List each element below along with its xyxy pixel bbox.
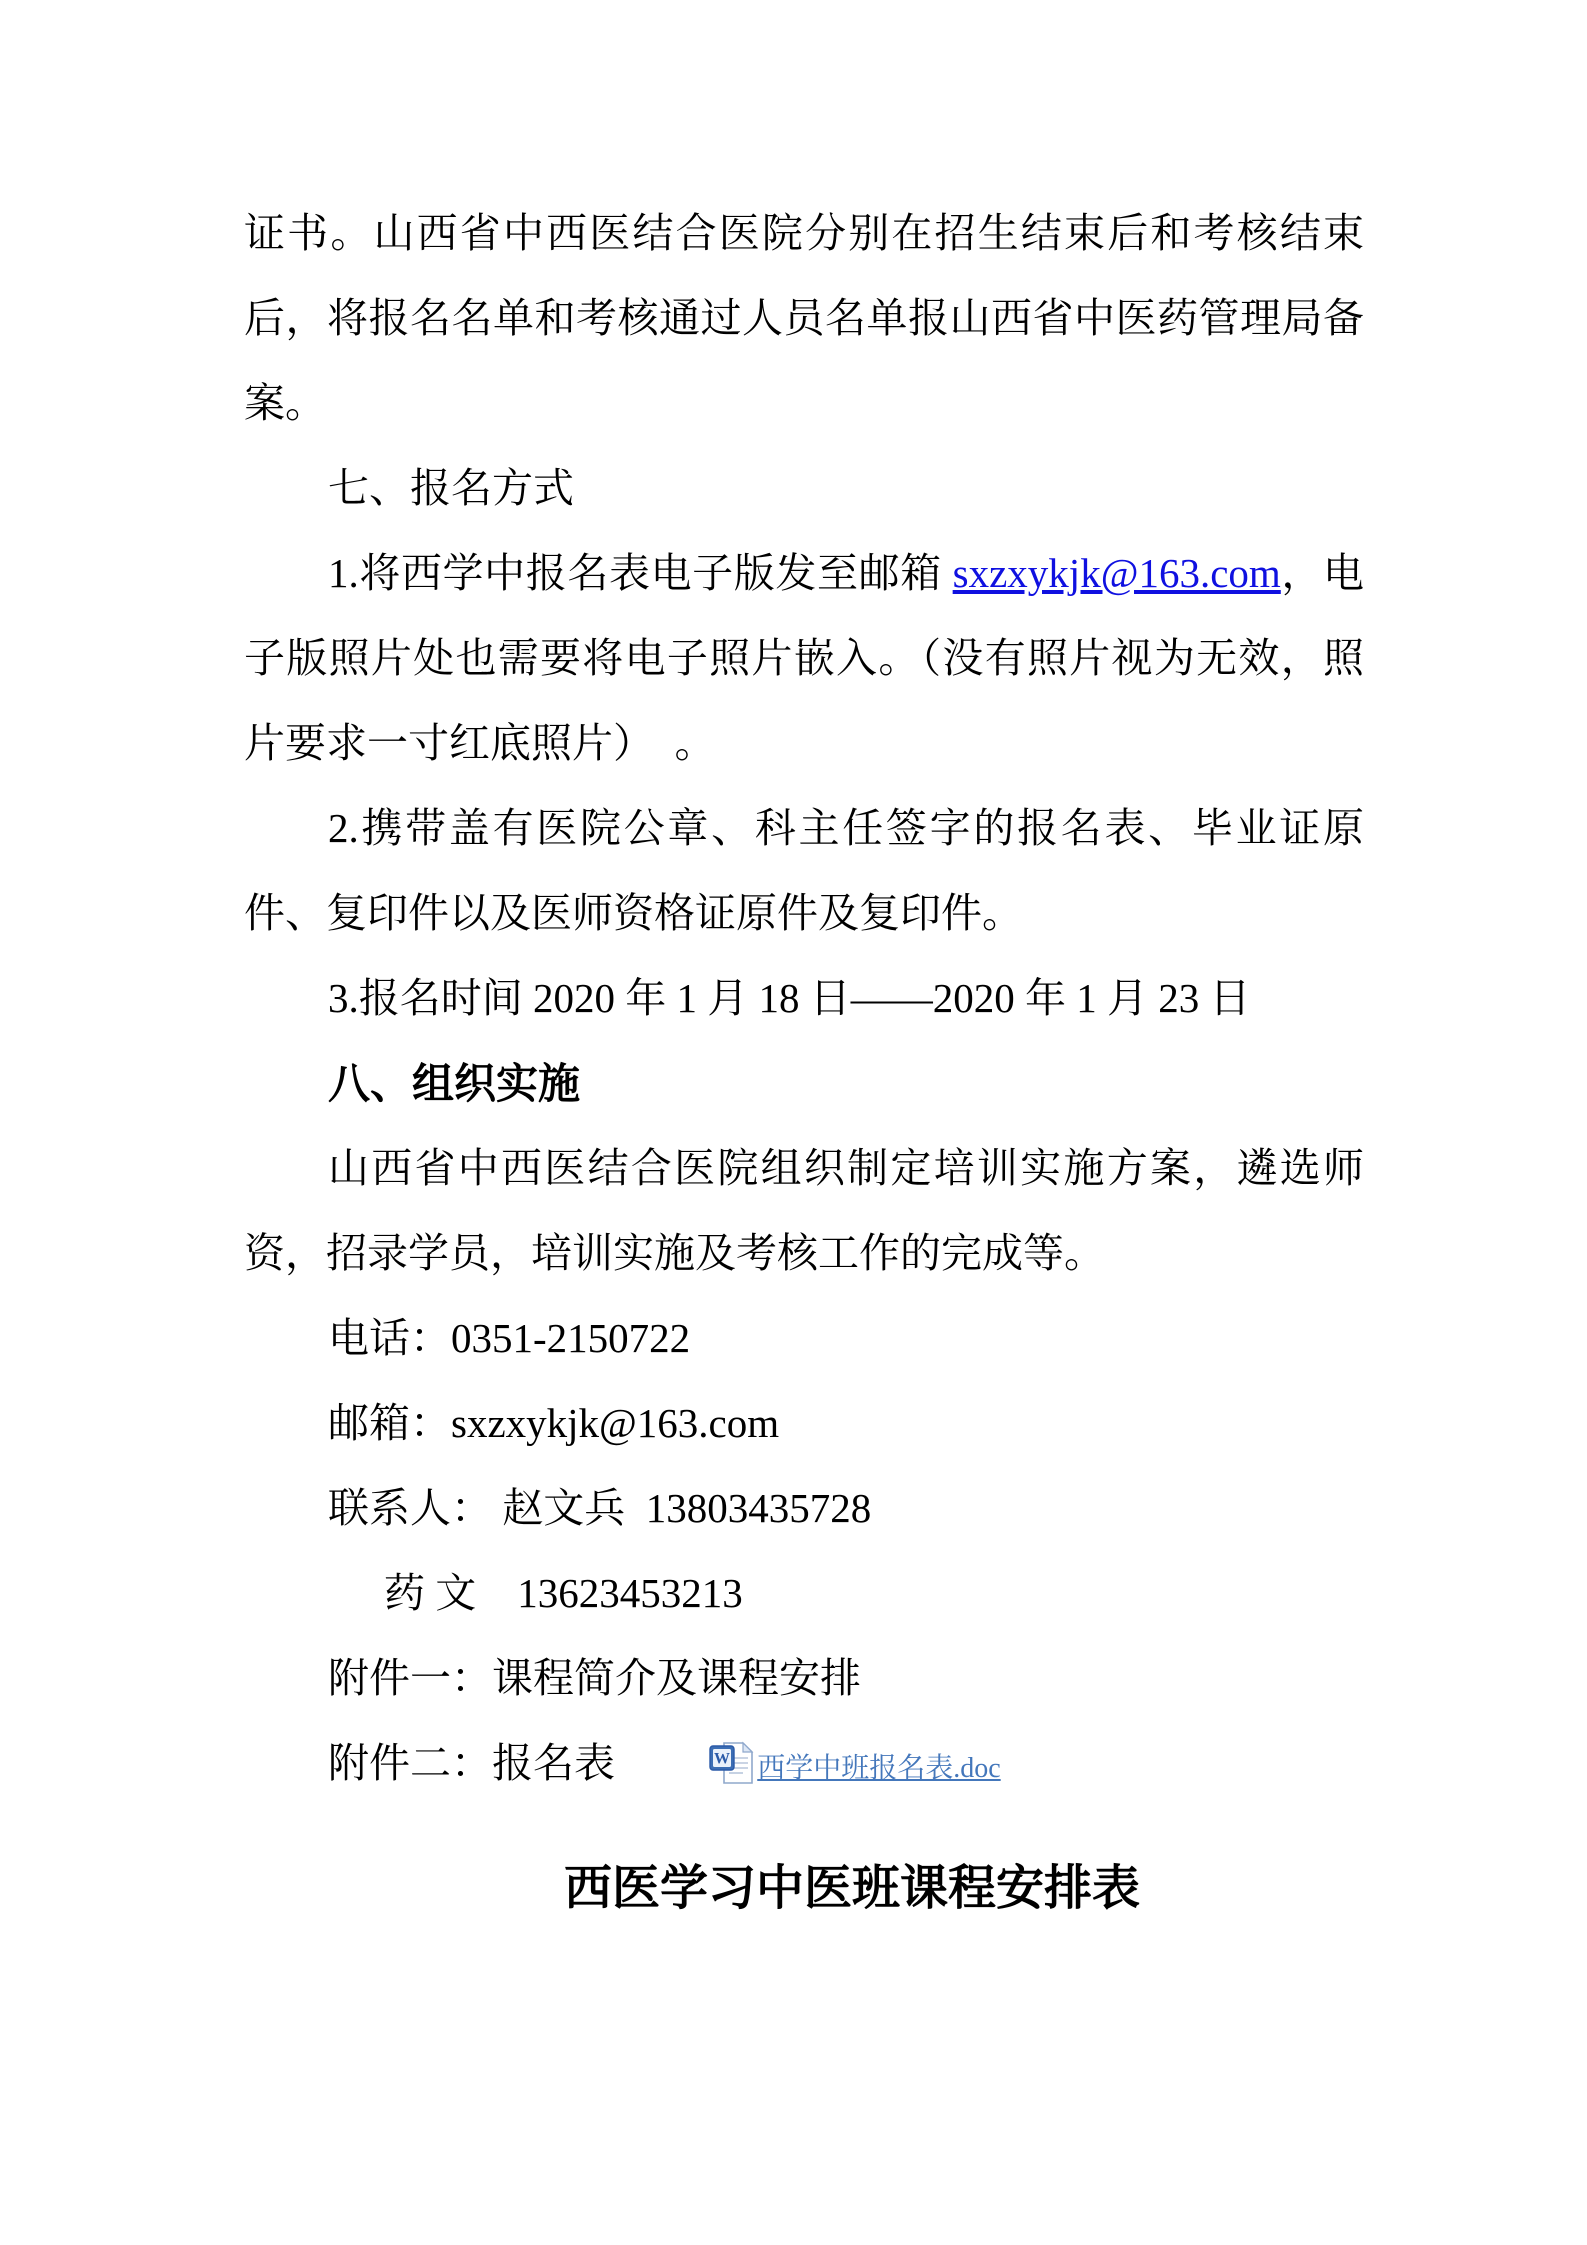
contact-person-line-1: 联系人： 赵文兵 13803435728 (244, 1466, 1364, 1551)
contact-person-line-2: 药 文 13623453213 (244, 1551, 1364, 1636)
paragraph-item-2: 2.携带盖有医院公章、科主任签字的报名表、毕业证原件、复印件以及医师资格证原件及… (244, 786, 1364, 956)
word-document-icon[interactable]: W (625, 1741, 755, 1785)
section-7-heading: 七、报名方式 (244, 446, 1364, 531)
section-8-heading: 八、组织实施 (244, 1041, 1364, 1126)
email-line: 邮箱：sxzxykjk@163.com (244, 1381, 1364, 1466)
attachment-doc-link-text[interactable]: 西学中班报名表.doc (757, 1753, 1000, 1784)
document-page: 证书。山西省中西医结合医院分别在招生结束后和考核结束后，将报名名单和考核通过人员… (0, 0, 1587, 2245)
paragraph-item-3-dates: 3.报名时间 2020 年 1 月 18 日——2020 年 1 月 23 日 (244, 956, 1364, 1041)
phone-line: 电话：0351-2150722 (244, 1296, 1364, 1381)
paragraph-implementation: 山西省中西医结合医院组织制定培训实施方案，遴选师资，招录学员，培训实施及考核工作… (244, 1126, 1364, 1296)
attachment-2-line: 附件二：报名表 W 西学中班报名表.doc (244, 1721, 1364, 1811)
attachment-doc-link[interactable]: W 西学中班报名表.doc (625, 1753, 1000, 1784)
course-schedule-title: 西医学习中医班课程安排表 (244, 1846, 1364, 1931)
svg-text:W: W (714, 1751, 730, 1768)
attachment-1-line: 附件一：课程简介及课程安排 (244, 1636, 1364, 1721)
paragraph-item-1: 1.将西学中报名表电子版发至邮箱 sxzxykjk@163.com，电子版照片处… (244, 531, 1364, 786)
attachment-2-label: 附件二：报名表 (328, 1740, 625, 1786)
item-1-text-before-link: 1.将西学中报名表电子版发至邮箱 (328, 550, 953, 596)
email-link[interactable]: sxzxykjk@163.com (953, 550, 1281, 596)
paragraph-continuation: 证书。山西省中西医结合医院分别在招生结束后和考核结束后，将报名名单和考核通过人员… (244, 191, 1364, 446)
